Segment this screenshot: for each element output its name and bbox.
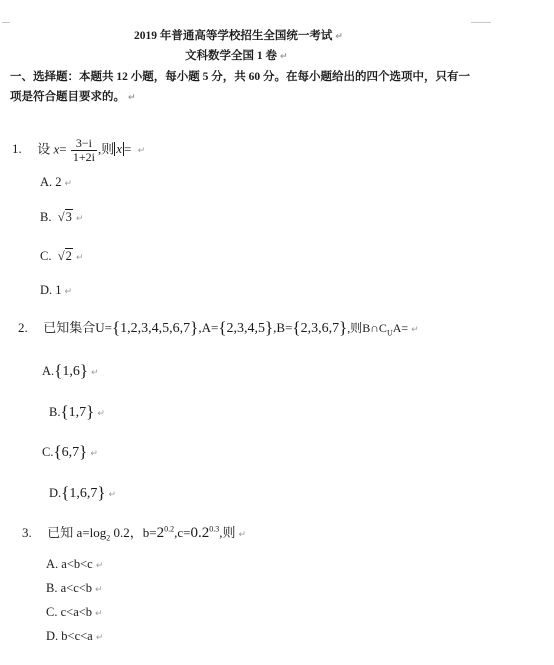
set-b: 2,3,6,7: [301, 321, 340, 336]
exam-title: 2019 年普通高等学校招生全国统一考试↵: [134, 27, 343, 43]
c-exponent: 0.3: [209, 525, 219, 534]
option-label: B.: [49, 405, 60, 419]
option-value: a<c<b: [61, 581, 92, 595]
right-brace-icon: }: [79, 442, 87, 461]
question-1: 1. 设 x= 3−i 1+2i ,则x= ↵: [12, 137, 145, 164]
right-brace-icon: }: [190, 318, 198, 337]
option-label: D.: [49, 486, 61, 500]
paragraph-mark-icon: ↵: [128, 93, 136, 103]
question-prefix: 已知 a=: [47, 525, 89, 540]
set-a: 2,3,4,5: [226, 321, 265, 336]
option-value: 2: [55, 175, 61, 189]
left-brace-icon: {: [60, 402, 68, 421]
question-tail: A=: [393, 321, 408, 335]
question-suffix: ,则: [219, 525, 235, 540]
paragraph-mark-icon: ↵: [138, 146, 146, 156]
question-prefix: 设: [37, 141, 50, 156]
option-value: 2: [65, 248, 73, 263]
right-brace-icon: }: [86, 402, 94, 421]
set-u: 1,2,3,4,5,6,7: [120, 321, 190, 336]
q3-option-b: B. a<c<b↵: [46, 581, 103, 596]
right-brace-icon: }: [339, 318, 347, 337]
q2-option-d: D.{1,6,7}↵: [49, 482, 116, 502]
question-number: 2.: [18, 320, 40, 336]
absolute-value: x: [114, 142, 124, 156]
option-value: 1: [55, 283, 61, 297]
option-label: C.: [40, 249, 51, 263]
c-base: 0.2: [190, 525, 209, 541]
option-label: A.: [46, 557, 58, 571]
paragraph-mark-icon: ↵: [95, 609, 103, 619]
left-brace-icon: {: [54, 361, 62, 380]
q2-option-b: B.{1,7}↵: [49, 401, 105, 421]
paragraph-mark-icon: ↵: [76, 214, 84, 224]
paragraph-mark-icon: ↵: [97, 409, 105, 419]
set-a-label: ,A=: [198, 320, 218, 335]
left-brace-icon: {: [218, 318, 226, 337]
q1-option-c: C. √2↵: [40, 249, 83, 264]
option-label: B.: [40, 210, 51, 224]
option-value: 1,6,7: [69, 486, 97, 501]
right-brace-icon: }: [97, 483, 105, 502]
option-label: D.: [40, 283, 52, 297]
q2-option-a: A.{1,6}↵: [42, 360, 99, 380]
option-label: A.: [42, 364, 54, 378]
option-value: c<a<b: [61, 605, 92, 619]
fraction-denominator: 1+2i: [71, 151, 97, 164]
q3-option-d: D. b<c<a↵: [46, 629, 103, 644]
instructions-line-2: 项是符合题目要求的。↵: [10, 88, 136, 104]
paragraph-mark-icon: ↵: [96, 561, 104, 571]
option-label: C.: [46, 605, 57, 619]
paragraph-mark-icon: ↵: [76, 253, 84, 263]
left-brace-icon: {: [53, 442, 61, 461]
option-label: D.: [46, 629, 58, 643]
paragraph-mark-icon: ↵: [91, 368, 99, 378]
question-3: 3. 已知 a=log2 0.2，b=20.2,c=0.20.3,则↵: [22, 522, 246, 543]
left-brace-icon: {: [112, 318, 120, 337]
b-base: 2: [157, 525, 165, 541]
paragraph-mark-icon: ↵: [65, 287, 73, 297]
q1-option-a: A. 2↵: [40, 175, 72, 190]
fraction-numerator: 3−i: [71, 137, 97, 151]
question-tail: =: [124, 141, 131, 156]
option-value: 1,6: [62, 364, 80, 379]
question-number: 1.: [12, 141, 34, 157]
paragraph-mark-icon: ↵: [280, 52, 288, 62]
exam-subtitle: 文科数学全国 1 卷↵: [185, 47, 288, 63]
page-corner-mark-right: [471, 22, 491, 23]
q2-option-c: C.{6,7}↵: [42, 441, 98, 461]
paragraph-mark-icon: ↵: [95, 585, 103, 595]
log-argument: 0.2: [113, 525, 129, 540]
option-label: B.: [46, 581, 57, 595]
question-suffix: ,则: [98, 141, 114, 156]
sqrt-icon: √3: [58, 210, 73, 225]
question-2: 2. 已知集合U={1,2,3,4,5,6,7},A={2,3,4,5},B={…: [18, 317, 419, 338]
paragraph-mark-icon: ↵: [238, 530, 246, 540]
q1-option-b: B. √3↵: [40, 210, 83, 225]
set-b-label: ,B=: [273, 320, 292, 335]
separator: ，b=: [130, 525, 157, 540]
q1-option-d: D. 1↵: [40, 283, 72, 298]
left-brace-icon: {: [292, 318, 300, 337]
question-number: 3.: [22, 525, 44, 541]
right-brace-icon: }: [80, 361, 88, 380]
option-value: 3: [65, 209, 73, 224]
option-label: A.: [40, 175, 52, 189]
option-value: 1,7: [69, 405, 87, 420]
right-brace-icon: }: [265, 318, 273, 337]
q3-option-c: C. c<a<b↵: [46, 605, 103, 620]
b-exponent: 0.2: [164, 525, 174, 534]
option-label: C.: [42, 445, 53, 459]
option-value: 6,7: [62, 445, 80, 460]
instructions-line-2-text: 项是符合题目要求的。: [10, 91, 125, 103]
instructions-line-1: 一、选择题：本题共 12 小题，每小题 5 分，共 60 分。在每小题给出的四个…: [10, 68, 470, 84]
paragraph-mark-icon: ↵: [96, 633, 104, 643]
exam-title-text: 2019 年普通高等学校招生全国统一考试: [134, 30, 332, 42]
paragraph-mark-icon: ↵: [65, 179, 73, 189]
page-corner-mark-left: [2, 22, 10, 23]
left-brace-icon: {: [61, 483, 69, 502]
question-suffix: ,则B∩C: [347, 321, 387, 335]
sqrt-icon: √2: [58, 249, 73, 264]
paragraph-mark-icon: ↵: [411, 325, 419, 335]
paragraph-mark-icon: ↵: [109, 490, 117, 500]
q3-option-a: A. a<b<c↵: [46, 557, 103, 572]
fraction: 3−i 1+2i: [71, 137, 97, 164]
separator: ,c=: [174, 525, 190, 540]
equals-sign: =: [59, 141, 66, 156]
question-prefix: 已知集合U=: [43, 320, 112, 335]
exam-subtitle-text: 文科数学全国 1 卷: [185, 50, 277, 62]
option-value: a<b<c: [61, 557, 92, 571]
paragraph-mark-icon: ↵: [335, 32, 343, 42]
option-value: b<c<a: [61, 629, 92, 643]
paragraph-mark-icon: ↵: [90, 449, 98, 459]
log-function: log: [90, 525, 107, 540]
